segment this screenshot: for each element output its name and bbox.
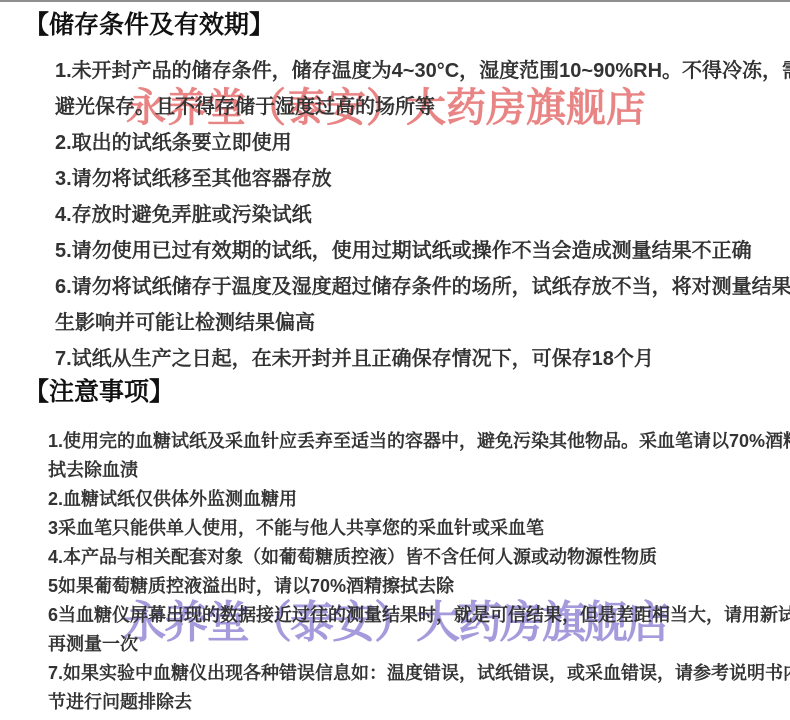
storage-instruction-list: 1.未开封产品的储存条件，储存温度为4~30°C，湿度范围10~90%RH。不得… [55,53,790,377]
instruction-line: 1.未开封产品的储存条件，储存温度为4~30°C，湿度范围10~90%RH。不得… [55,53,790,89]
instruction-line: 2.血糖试纸仅供体外监测血糖用 [48,485,790,514]
instruction-line: 5如果葡萄糖质控液溢出时，请以70%酒精擦拭去除 [48,572,790,601]
instruction-line: 5.请勿使用已过有效期的试纸，使用过期试纸或操作不当会造成测量结果不正确 [55,233,790,269]
instruction-line: 2.取出的试纸条要立即使用 [55,125,790,161]
instruction-line: 7.如果实验中血糖仪出现各种错误信息如：温度错误，试纸错误，或采血错误，请参考说… [48,659,790,688]
instruction-line: 4.存放时避免弄脏或污染试纸 [55,197,790,233]
instruction-line: 4.本产品与相关配套对象（如葡萄糖质控液）皆不含任何人源或动物源性物质 [48,543,790,572]
instruction-content: 【储存条件及有效期】 1.未开封产品的储存条件，储存温度为4~30°C，湿度范围… [0,0,790,720]
instruction-line: 6.请勿将试纸储存于温度及湿度超过储存条件的场所，试纸存放不当，将对测量结果产 [55,269,790,305]
instruction-line: 3采血笔只能供单人使用，不能与他人共享您的采血针或采血笔 [48,514,790,543]
instruction-line: 拭去除血渍 [48,456,790,485]
section-heading-storage: 【储存条件及有效期】 [24,5,274,41]
instruction-line: 节进行问题排除去 [48,688,790,717]
instruction-line: 6当血糖仪屏幕出现的数据接近过往的测量结果时，就是可信结果，但是差距相当大，请用… [48,601,790,630]
product-description-page: 永养堂（泰安）大药房旗舰店 永养堂（泰安）大药房旗舰店 【储存条件及有效期】 1… [0,0,790,720]
instruction-line: 生影响并可能让检测结果偏高 [55,305,790,341]
precaution-instruction-list: 1.使用完的血糖试纸及采血针应丢弃至适当的容器中，避免污染其他物品。采血笔请以7… [48,427,790,717]
instruction-line: 避光保存。且不得存储于湿度过高的场所等 [55,89,790,125]
instruction-line: 1.使用完的血糖试纸及采血针应丢弃至适当的容器中，避免污染其他物品。采血笔请以7… [48,427,790,456]
instruction-line: 再测量一次 [48,630,790,659]
section-heading-precautions: 【注意事项】 [24,372,174,408]
instruction-line: 3.请勿将试纸移至其他容器存放 [55,161,790,197]
